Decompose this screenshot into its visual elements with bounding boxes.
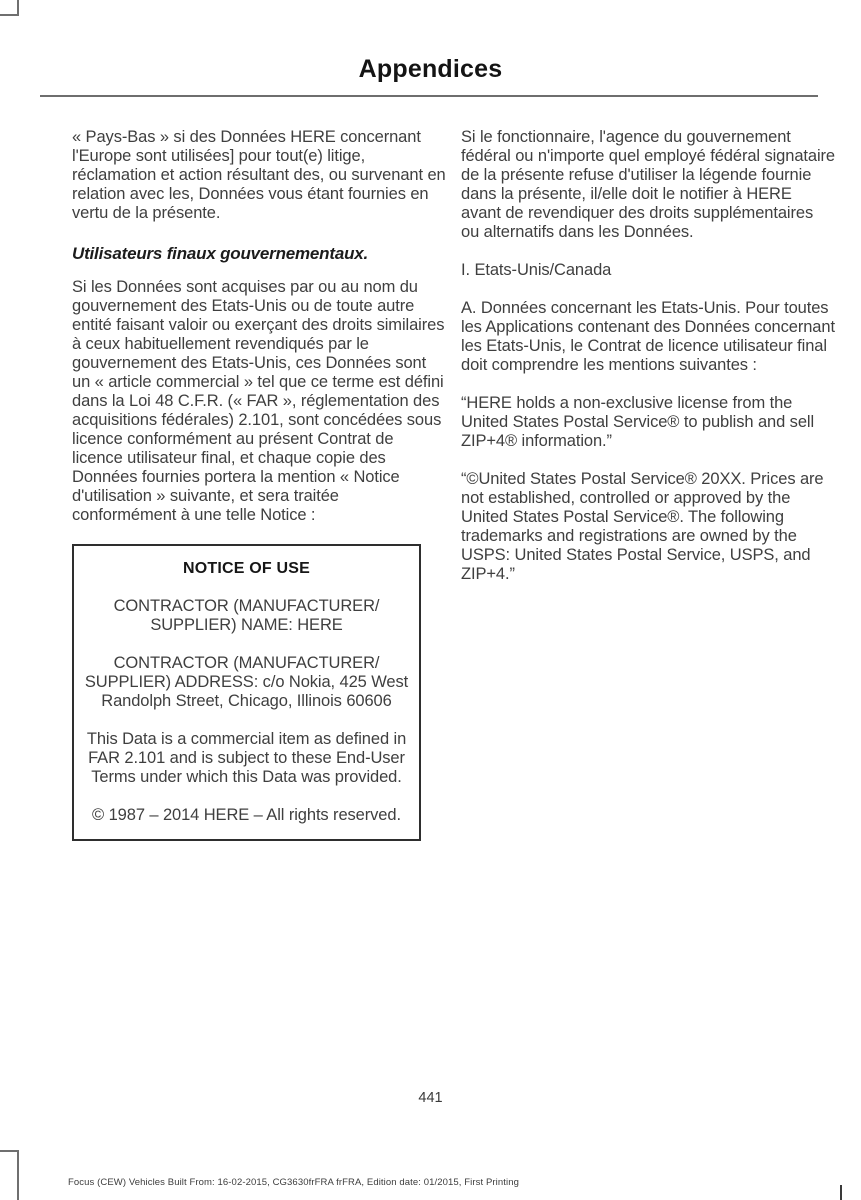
page-number: 441 [0,1090,861,1106]
paragraph-netherlands-clause: « Pays-Bas » si des Données HERE concern… [72,128,446,223]
crop-mark-top-left [0,0,19,16]
notice-contractor-name: CONTRACTOR (MANUFACTURER/ SUPPLIER) NAME… [84,597,409,635]
notice-contractor-address: CONTRACTOR (MANUFACTURER/ SUPPLIER) ADDR… [84,654,409,711]
header-divider [40,95,818,97]
notice-box-title: NOTICE OF USE [84,559,409,578]
paragraph-us-government-acquisition: Si les Données sont acquises par ou au n… [72,278,446,525]
right-column: Si le fonctionnaire, l'agence du gouvern… [461,128,835,603]
paragraph-federal-official: Si le fonctionnaire, l'agence du gouvern… [461,128,835,242]
quote-usps-copyright: “©United States Postal Service® 20XX. Pr… [461,470,835,584]
notice-copyright-line: © 1987 – 2014 HERE – All rights reserved… [84,806,409,825]
notice-commercial-item: This Data is a commercial item as define… [84,730,409,787]
left-column: « Pays-Bas » si des Données HERE concern… [72,128,446,841]
quote-usps-license: “HERE holds a non-exclusive license from… [461,394,835,451]
paragraph-item-a-us-data: A. Données concernant les Etats-Unis. Po… [461,299,835,375]
crop-mark-bottom-left [0,1150,19,1200]
section-heading-government-end-users: Utilisateurs finaux gouvernementaux. [72,244,446,263]
section-label-us-canada: I. Etats-Unis/Canada [461,261,835,280]
page-title: Appendices [0,55,861,84]
notice-of-use-box: NOTICE OF USE CONTRACTOR (MANUFACTURER/ … [72,544,421,841]
crop-mark-bottom-right [840,1185,842,1200]
manual-page: Appendices « Pays-Bas » si des Données H… [0,0,861,1200]
footer-print-info: Focus (CEW) Vehicles Built From: 16-02-2… [68,1177,519,1188]
